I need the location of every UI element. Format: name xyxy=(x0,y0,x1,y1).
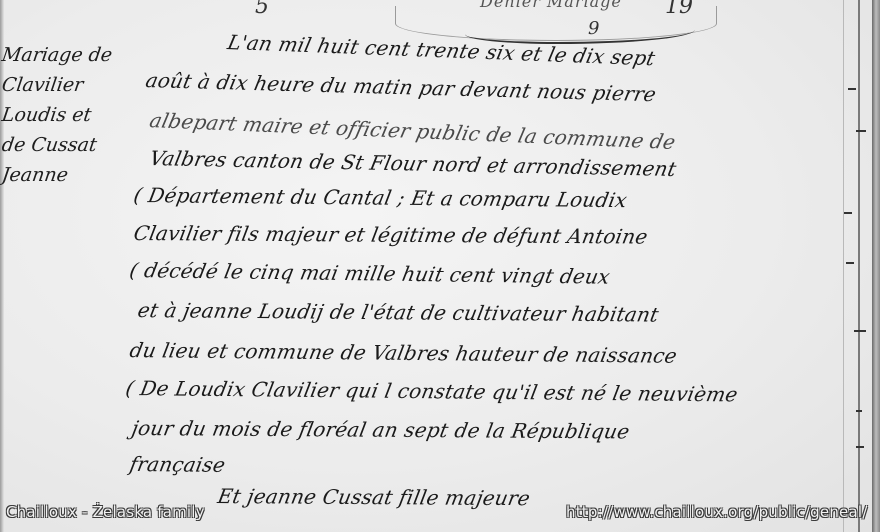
ruler-tick xyxy=(848,88,856,90)
ruler-tick xyxy=(844,212,852,214)
margin-rule-line xyxy=(843,0,844,532)
header-number: 19 xyxy=(665,0,693,19)
margin-note: Mariage de Clavilier Loudis et de Cussat… xyxy=(2,40,152,190)
margin-rule-line xyxy=(858,0,860,532)
margin-note-line: Clavilier xyxy=(0,70,154,100)
ruler-tick xyxy=(856,410,862,412)
margin-note-line: de Cussat xyxy=(0,130,154,160)
page-binding-edge xyxy=(872,0,880,532)
body-line: ( décédé le cinq mai mille huit cent vin… xyxy=(128,258,612,289)
ruler-tick xyxy=(854,330,866,332)
margin-note-line: Loudis et xyxy=(0,100,154,130)
body-line: française xyxy=(128,452,228,477)
header-mark: 5 xyxy=(255,0,269,19)
body-line: jour du mois de floréal an sept de la Ré… xyxy=(130,416,632,443)
body-line: et à jeanne Loudij de l'état de cultivat… xyxy=(136,298,661,327)
body-line: ( Département du Cantal ; Et a comparu L… xyxy=(132,183,629,212)
scanned-document-page: Denier Mariage 19 5 9 Mariage de Clavili… xyxy=(0,0,880,532)
ruler-tick xyxy=(856,130,866,132)
body-line: août à dix heure du matin par devant nou… xyxy=(144,68,659,106)
body-line: ( De Loudix Clavilier qui l constate qu'… xyxy=(124,376,740,406)
body-line: du lieu et commune de Valbres hauteur de… xyxy=(128,338,679,368)
margin-note-line: Jeanne xyxy=(0,160,154,190)
body-line: Et jeanne Cussat fille majeure xyxy=(216,484,532,510)
family-watermark-label: Chailloux - Żelaska family xyxy=(6,503,205,521)
header-mark: 9 xyxy=(588,18,599,39)
header-fragment-text: Denier Mariage xyxy=(480,0,622,11)
body-line: Valbres canton de St Flour nord et arron… xyxy=(148,146,679,181)
website-url-watermark: http://www.chailloux.org/public/geneal/ xyxy=(566,503,867,521)
body-line: Clavilier fils majeur et légitime de déf… xyxy=(132,221,650,249)
ruler-tick xyxy=(856,446,864,448)
ruler-tick xyxy=(846,262,854,264)
margin-note-line: Mariage de xyxy=(0,40,154,70)
